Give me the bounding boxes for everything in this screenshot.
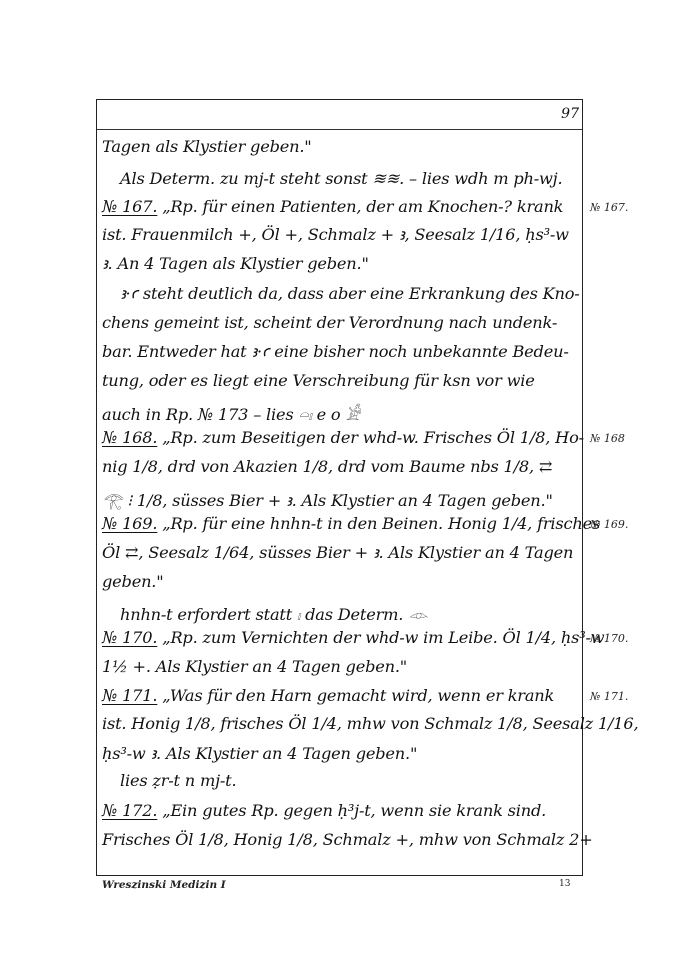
recipe-number: № 169. [102, 514, 157, 533]
line-text: lies ẓr-t n mj-t. [120, 771, 236, 790]
manuscript-line: chens gemeint ist, scheint der Verordnun… [102, 313, 557, 332]
manuscript-line: Öl ⇄, Seesalz 1/64, süsses Bier + ꜣ. Als… [102, 543, 573, 562]
page-header: 97 [97, 100, 582, 130]
line-text: Als Determ. zu mj-t steht sonst ≋≋. – li… [120, 169, 562, 188]
page-number: 97 [561, 106, 579, 122]
line-text: „Rp. zum Vernichten der whd-w im Leibe. … [157, 628, 604, 647]
manuscript-line: auch in Rp. № 173 – lies 𓏏𓏤 e o 𓀀 [102, 400, 360, 426]
line-text: Öl ⇄, Seesalz 1/64, süsses Bier + ꜣ. Als… [102, 543, 573, 562]
margin-recipe-number: № 170. [590, 632, 628, 645]
line-text: nig 1/8, drd von Akazien 1/8, drd vom Ba… [102, 457, 552, 476]
line-text: ꜣ·ꜥ steht deutlich da, dass aber eine Er… [120, 284, 580, 303]
manuscript-line: geben." [102, 572, 164, 591]
manuscript-line: ꜣ·ꜥ steht deutlich da, dass aber eine Er… [120, 284, 580, 303]
line-text: „Was für den Harn gemacht wird, wenn er … [157, 686, 554, 705]
manuscript-line: ist. Honig 1/8, frisches Öl 1/4, mhw von… [102, 714, 638, 733]
manuscript-line: lies ẓr-t n mj-t. [120, 771, 236, 790]
manuscript-line: Frisches Öl 1/8, Honig 1/8, Schmalz +, m… [102, 830, 593, 849]
recipe-entry-line: № 167. „Rp. für einen Patienten, der am … [102, 197, 563, 216]
line-text: geben." [102, 572, 164, 591]
recipe-number: № 168. [102, 428, 157, 447]
manuscript-line: ist. Frauenmilch +, Öl +, Schmalz + ꜣ, S… [102, 225, 569, 244]
line-text: „Rp. für einen Patienten, der am Knochen… [157, 197, 563, 216]
line-text: auch in Rp. № 173 – lies 𓏏𓏤 e o 𓀀 [102, 405, 360, 424]
manuscript-line: ḥs³-w ꜣ. Als Klystier an 4 Tagen geben." [102, 744, 417, 763]
recipe-number: № 172. [102, 801, 157, 820]
recipe-entry-line: № 170. „Rp. zum Vernichten der whd-w im … [102, 628, 604, 647]
recipe-entry-line: № 168. „Rp. zum Beseitigen der whd-w. Fr… [102, 428, 584, 447]
line-text: hnhn-t erfordert statt 𓏤 das Determ. 𓁹 [120, 605, 428, 624]
line-text: ꜣ. An 4 Tagen als Klystier geben." [102, 254, 369, 273]
recipe-number: № 167. [102, 197, 157, 216]
line-text: tung, oder es liegt eine Verschreibung f… [102, 371, 535, 390]
manuscript-line: bar. Entweder hat ꜣ·ꜥ eine bisher noch u… [102, 342, 569, 361]
recipe-entry-line: № 169. „Rp. für eine hnhn-t in den Beine… [102, 514, 600, 533]
manuscript-line: ꜣ. An 4 Tagen als Klystier geben." [102, 254, 369, 273]
manuscript-line: tung, oder es liegt eine Verschreibung f… [102, 371, 535, 390]
recipe-number: № 171. [102, 686, 157, 705]
margin-recipe-number: № 171. [590, 690, 628, 703]
footer-sheet-number: 13 [559, 879, 570, 889]
manuscript-line: hnhn-t erfordert statt 𓏤 das Determ. 𓁹 [120, 600, 428, 626]
line-text: „Rp. zum Beseitigen der whd-w. Frisches … [157, 428, 584, 447]
manuscript-line: 𓂀 ⁝ 1/8, süsses Bier + ꜣ. Als Klystier a… [102, 486, 553, 512]
manuscript-line: 1½ +. Als Klystier an 4 Tagen geben." [102, 657, 407, 676]
margin-recipe-number: № 167. [590, 201, 628, 214]
line-text: ist. Frauenmilch +, Öl +, Schmalz + ꜣ, S… [102, 225, 569, 244]
line-text: „Rp. für eine hnhn-t in den Beinen. Honi… [157, 514, 600, 533]
line-text: 𓂀 ⁝ 1/8, süsses Bier + ꜣ. Als Klystier a… [102, 491, 553, 510]
recipe-entry-line: № 172. „Ein gutes Rp. gegen ḥ³j-t, wenn … [102, 801, 546, 820]
line-text: chens gemeint ist, scheint der Verordnun… [102, 313, 557, 332]
line-text: ist. Honig 1/8, frisches Öl 1/4, mhw von… [102, 714, 638, 733]
footer-signature: Wreszinski Medizin I [102, 879, 226, 891]
recipe-number: № 170. [102, 628, 157, 647]
manuscript-line: Tagen als Klystier geben." [102, 137, 312, 156]
line-text: 1½ +. Als Klystier an 4 Tagen geben." [102, 657, 407, 676]
recipe-entry-line: № 171. „Was für den Harn gemacht wird, w… [102, 686, 554, 705]
line-text: bar. Entweder hat ꜣ·ꜥ eine bisher noch u… [102, 342, 569, 361]
line-text: ḥs³-w ꜣ. Als Klystier an 4 Tagen geben." [102, 744, 417, 763]
line-text: Frisches Öl 1/8, Honig 1/8, Schmalz +, m… [102, 830, 593, 849]
manuscript-line: Als Determ. zu mj-t steht sonst ≋≋. – li… [120, 169, 562, 188]
margin-recipe-number: № 169. [590, 518, 628, 531]
manuscript-line: nig 1/8, drd von Akazien 1/8, drd vom Ba… [102, 457, 552, 476]
line-text: „Ein gutes Rp. gegen ḥ³j-t, wenn sie kra… [157, 801, 546, 820]
line-text: Tagen als Klystier geben." [102, 137, 312, 156]
margin-recipe-number: № 168 [590, 432, 625, 445]
